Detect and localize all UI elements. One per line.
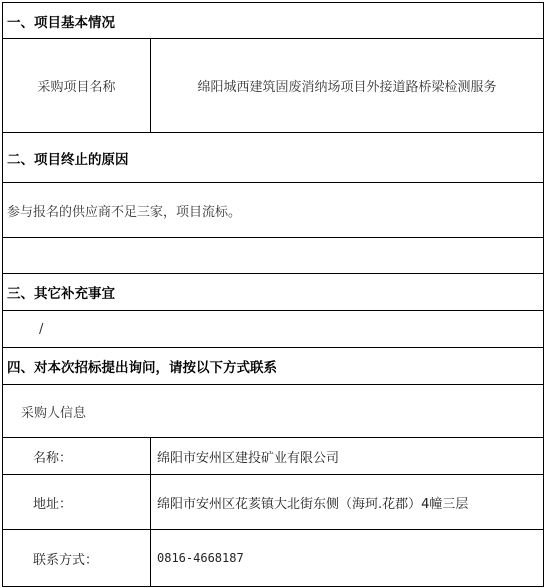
project-name-label: 采购项目名称 — [3, 39, 151, 133]
termination-extra-blank — [3, 238, 544, 274]
purchaser-phone-label: 联系方式： — [3, 530, 151, 587]
section-heading-other: 三、其它补充事宜 — [3, 274, 544, 311]
contact-row-name: 名称： 绵阳市安州区建投矿业有限公司 — [3, 438, 544, 475]
termination-reason: 参与报名的供应商不足三家，项目流标。 — [3, 183, 544, 238]
purchaser-info-label: 采购人信息 — [3, 385, 544, 438]
section-heading-contact: 四、对本次招标提出询问，请按以下方式联系 — [3, 348, 544, 385]
contact-row-phone: 联系方式： 0816-4668187 — [3, 530, 544, 587]
project-name-value: 绵阳城西建筑固废消纳场项目外接道路桥梁检测服务 — [151, 39, 544, 133]
section-heading-basic-info: 一、项目基本情况 — [3, 3, 544, 39]
contact-row-address: 地址： 绵阳市安州区花荄镇大北街东侧（海珂.花郡）4幢三层 — [3, 475, 544, 530]
purchaser-phone-value: 0816-4668187 — [151, 530, 544, 587]
other-content: / — [3, 311, 544, 348]
section-heading-termination: 二、项目终止的原因 — [3, 133, 544, 183]
termination-notice-table: 一、项目基本情况 采购项目名称 绵阳城西建筑固废消纳场项目外接道路桥梁检测服务 … — [2, 2, 544, 587]
purchaser-address-value: 绵阳市安州区花荄镇大北街东侧（海珂.花郡）4幢三层 — [151, 475, 544, 530]
purchaser-name-value: 绵阳市安州区建投矿业有限公司 — [151, 438, 544, 475]
purchaser-address-label: 地址： — [3, 475, 151, 530]
purchaser-name-label: 名称： — [3, 438, 151, 475]
